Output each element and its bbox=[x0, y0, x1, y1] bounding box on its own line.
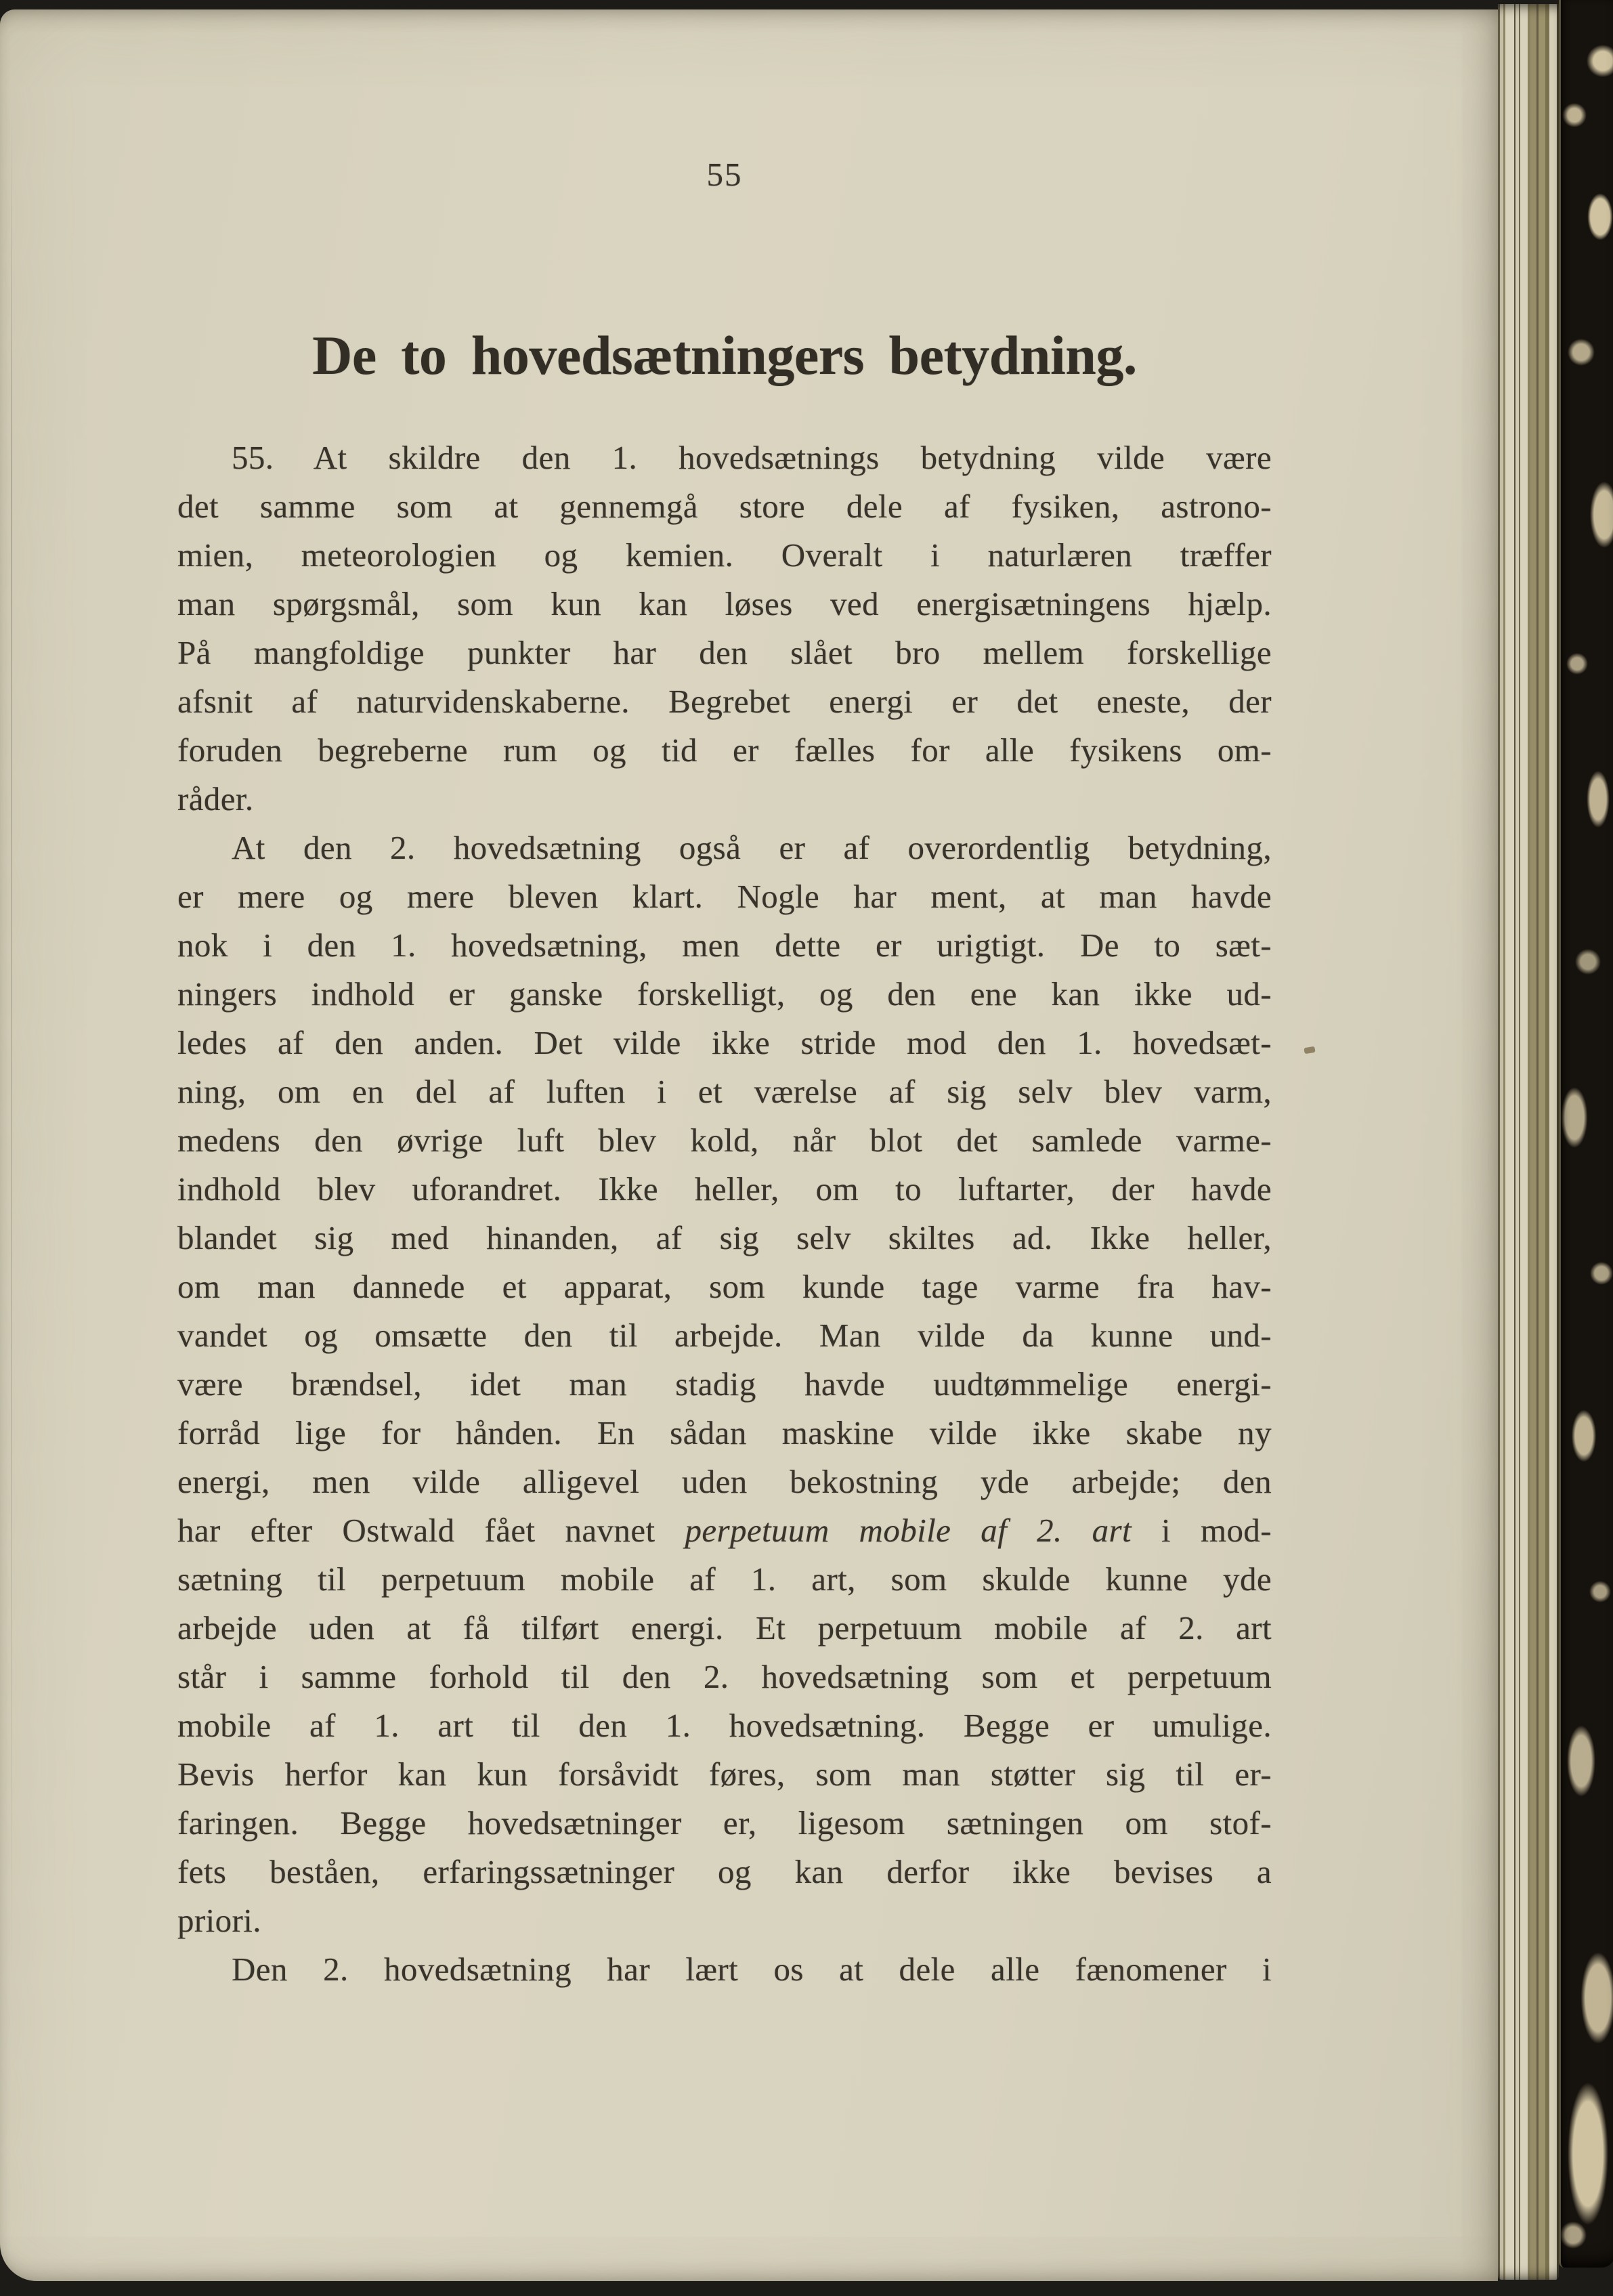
section-heading: De to hovedsætningers betydning. bbox=[177, 322, 1272, 389]
text-line: være brændsel, idet man stadig havde uud… bbox=[177, 1360, 1272, 1409]
text-line: foruden begreberne rum og tid er fælles … bbox=[177, 726, 1272, 775]
text-line: er mere og mere bleven klart. Nogle har … bbox=[177, 872, 1272, 921]
marbled-book-cover bbox=[1559, 0, 1613, 2268]
text-run: det samme som at gennemgå store dele af … bbox=[177, 488, 1272, 525]
text-line: medens den øvrige luft blev kold, når bl… bbox=[177, 1116, 1272, 1165]
text-line: Bevis herfor kan kun forsåvidt føres, so… bbox=[177, 1750, 1272, 1799]
text-line: At den 2. hovedsætning også er af overor… bbox=[177, 824, 1272, 872]
text-line: vandet og omsætte den til arbejde. Man v… bbox=[177, 1311, 1272, 1360]
text-run: foruden begreberne rum og tid er fælles … bbox=[177, 731, 1272, 769]
text-run: På mangfoldige punkter har den slået bro… bbox=[177, 634, 1272, 671]
text-line: Den 2. hovedsætning har lært os at dele … bbox=[177, 1945, 1272, 1994]
text-line: om man dannede et apparat, som kunde tag… bbox=[177, 1262, 1272, 1311]
paper-page: 55 De to hovedsætningers betydning. 55. … bbox=[0, 9, 1498, 2281]
text-run: faringen. Begge hovedsætninger er, liges… bbox=[177, 1804, 1272, 1842]
text-run: man spørgsmål, som kun kan løses ved ene… bbox=[177, 585, 1272, 622]
text-line: afsnit af naturvidenskaberne. Begrebet e… bbox=[177, 677, 1272, 726]
text-run: ningers indhold er ganske forskelligt, o… bbox=[177, 975, 1272, 1013]
italic-phrase: perpetuum mobile af 2. art bbox=[685, 1512, 1132, 1549]
text-run: om man dannede et apparat, som kunde tag… bbox=[177, 1268, 1272, 1305]
text-line: På mangfoldige punkter har den slået bro… bbox=[177, 629, 1272, 677]
text-run: priori. bbox=[177, 1902, 261, 1939]
text-line: energi, men vilde alligevel uden bekostn… bbox=[177, 1458, 1272, 1506]
text-run: råder. bbox=[177, 780, 254, 817]
text-run: sætning til perpetuum mobile af 1. art, … bbox=[177, 1560, 1272, 1598]
text-line: blandet sig med hinanden, af sig selv sk… bbox=[177, 1214, 1272, 1262]
text-run: Den 2. hovedsætning har lært os at dele … bbox=[232, 1951, 1272, 1988]
text-run: står i samme forhold til den 2. hovedsæt… bbox=[177, 1658, 1272, 1695]
text-run: At den 2. hovedsætning også er af overor… bbox=[232, 829, 1272, 866]
page-number: 55 bbox=[177, 154, 1272, 194]
text-block: 55. At skildre den 1. hovedsætnings bety… bbox=[177, 433, 1272, 1994]
text-line: ningers indhold er ganske forskelligt, o… bbox=[177, 970, 1272, 1019]
text-run: fets beståen, erfaringssætninger og kan … bbox=[177, 1853, 1272, 1890]
text-run: mobile af 1. art til den 1. hovedsætning… bbox=[177, 1707, 1272, 1744]
ink-smudge bbox=[1304, 1046, 1315, 1055]
text-line: mobile af 1. art til den 1. hovedsætning… bbox=[177, 1701, 1272, 1750]
text-run: energi, men vilde alligevel uden bekostn… bbox=[177, 1463, 1272, 1500]
text-line: forråd lige for hånden. En sådan maskine… bbox=[177, 1409, 1272, 1458]
text-line: faringen. Begge hovedsætninger er, liges… bbox=[177, 1799, 1272, 1848]
book-page-edges bbox=[1498, 4, 1559, 2280]
text-run: ledes af den anden. Det vilde ikke strid… bbox=[177, 1024, 1272, 1061]
text-run: være brændsel, idet man stadig havde uud… bbox=[177, 1365, 1272, 1403]
text-run: ning, om en del af luften i et værelse a… bbox=[177, 1073, 1272, 1110]
text-run: medens den øvrige luft blev kold, når bl… bbox=[177, 1122, 1272, 1159]
text-line: arbejde uden at få tilført energi. Et pe… bbox=[177, 1604, 1272, 1653]
text-line: fets beståen, erfaringssætninger og kan … bbox=[177, 1848, 1272, 1896]
text-line: priori. bbox=[177, 1896, 1272, 1945]
text-line: råder. bbox=[177, 775, 1272, 824]
text-line: mien, meteorologien og kemien. Overalt i… bbox=[177, 531, 1272, 580]
text-run: forråd lige for hånden. En sådan maskine… bbox=[177, 1414, 1272, 1451]
text-line: sætning til perpetuum mobile af 1. art, … bbox=[177, 1555, 1272, 1604]
text-run: er mere og mere bleven klart. Nogle har … bbox=[177, 878, 1272, 915]
text-run: har efter Ostwald fået navnet bbox=[177, 1512, 685, 1549]
scanned-book-page: 55 De to hovedsætningers betydning. 55. … bbox=[0, 0, 1613, 2296]
text-run: i mod- bbox=[1132, 1512, 1272, 1549]
text-line: ledes af den anden. Det vilde ikke strid… bbox=[177, 1019, 1272, 1067]
text-run: 55. At skildre den 1. hovedsætnings bety… bbox=[232, 439, 1272, 476]
text-run: mien, meteorologien og kemien. Overalt i… bbox=[177, 536, 1272, 574]
text-line: nok i den 1. hovedsætning, men dette er … bbox=[177, 921, 1272, 970]
text-run: Bevis herfor kan kun forsåvidt føres, so… bbox=[177, 1756, 1272, 1793]
text-run: vandet og omsætte den til arbejde. Man v… bbox=[177, 1317, 1272, 1354]
text-run: nok i den 1. hovedsætning, men dette er … bbox=[177, 927, 1272, 964]
text-run: arbejde uden at få tilført energi. Et pe… bbox=[177, 1609, 1272, 1646]
text-line: har efter Ostwald fået navnet perpetuum … bbox=[177, 1506, 1272, 1555]
text-line: står i samme forhold til den 2. hovedsæt… bbox=[177, 1653, 1272, 1701]
text-run: afsnit af naturvidenskaberne. Begrebet e… bbox=[177, 683, 1272, 720]
text-run: blandet sig med hinanden, af sig selv sk… bbox=[177, 1219, 1272, 1256]
text-line: ning, om en del af luften i et værelse a… bbox=[177, 1067, 1272, 1116]
text-line: det samme som at gennemgå store dele af … bbox=[177, 482, 1272, 531]
text-line: indhold blev uforandret. Ikke heller, om… bbox=[177, 1165, 1272, 1214]
text-run: indhold blev uforandret. Ikke heller, om… bbox=[177, 1170, 1272, 1208]
text-line: man spørgsmål, som kun kan løses ved ene… bbox=[177, 580, 1272, 629]
text-line: 55. At skildre den 1. hovedsætnings bety… bbox=[177, 433, 1272, 482]
